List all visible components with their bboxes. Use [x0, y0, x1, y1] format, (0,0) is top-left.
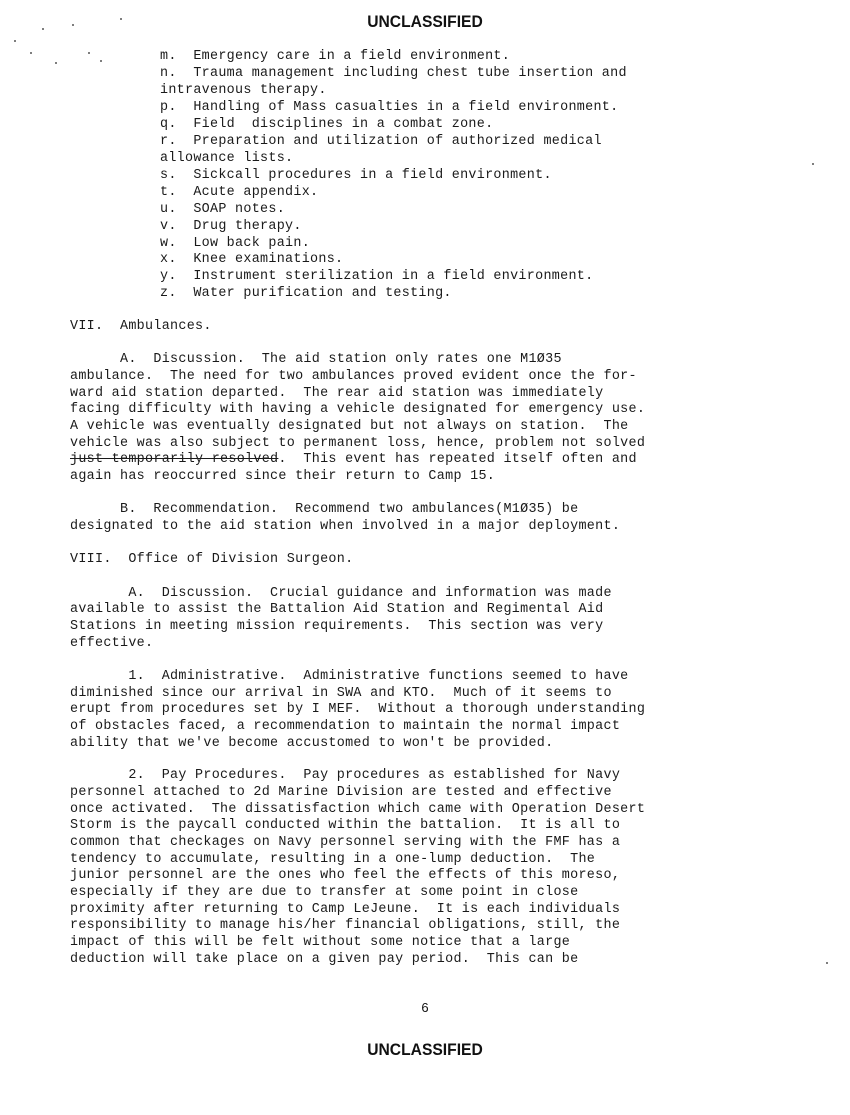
paragraph-line: deduction will take place on a given pay…	[70, 952, 578, 968]
paragraph-line: again has reoccurred since their return …	[70, 469, 495, 485]
paragraph-line: ward aid station departed. The rear aid …	[70, 386, 603, 402]
paragraph-line: responsibility to manage his/her financi…	[70, 918, 620, 934]
classification-footer: UNCLASSIFIED	[34, 1040, 816, 1060]
list-item: z. Water purification and testing.	[160, 286, 452, 302]
paragraph-line: ambulance. The need for two ambulances p…	[70, 369, 637, 385]
paragraph-line: junior personnel are the ones who feel t…	[70, 868, 620, 884]
list-item: v. Drug therapy.	[160, 219, 302, 235]
paragraph-line: once activated. The dissatisfaction whic…	[70, 802, 645, 818]
paragraph-line: B. Recommendation. Recommend two ambulan…	[70, 502, 578, 518]
list-item: t. Acute appendix.	[160, 185, 318, 201]
paragraph-line: effective.	[70, 636, 153, 652]
paragraph-line: common that checkages on Navy personnel …	[70, 835, 620, 851]
list-item: s. Sickcall procedures in a field enviro…	[160, 168, 552, 184]
list-item-continuation: allowance lists.	[160, 151, 293, 167]
list-item: x. Knee examinations.	[160, 252, 343, 268]
struck-text: just temporarily resolved	[70, 452, 278, 467]
paragraph-line: of obstacles faced, a recommendation to …	[70, 719, 620, 735]
paragraph-line: proximity after returning to Camp LeJeun…	[70, 902, 620, 918]
paragraph-line: personnel attached to 2d Marine Division…	[70, 785, 612, 801]
list-item: q. Field disciplines in a combat zone.	[160, 117, 493, 133]
list-item: r. Preparation and utilization of author…	[160, 134, 602, 150]
list-item: m. Emergency care in a field environment…	[160, 49, 510, 65]
paragraph-line: ability that we've become accustomed to …	[70, 736, 553, 752]
list-item: n. Trauma management including chest tub…	[160, 66, 627, 82]
paragraph-line: 2. Pay Procedures. Pay procedures as est…	[70, 768, 620, 784]
paragraph-line: available to assist the Battalion Aid St…	[70, 602, 603, 618]
paragraph-line: designated to the aid station when invol…	[70, 519, 620, 535]
list-item: y. Instrument sterilization in a field e…	[160, 269, 593, 285]
list-item-continuation: intravenous therapy.	[160, 83, 327, 99]
paragraph-line: A vehicle was eventually designated but …	[70, 419, 629, 435]
classification-header: UNCLASSIFIED	[34, 12, 816, 32]
paragraph-line: 1. Administrative. Administrative functi…	[70, 669, 629, 685]
paragraph-line: tendency to accumulate, resulting in a o…	[70, 852, 595, 868]
list-item: w. Low back pain.	[160, 236, 310, 252]
paragraph-line: diminished since our arrival in SWA and …	[70, 686, 612, 702]
paragraph-line: impact of this will be felt without some…	[70, 935, 570, 951]
section-heading-division-surgeon: VIII. Office of Division Surgeon.	[70, 552, 353, 568]
list-item: p. Handling of Mass casualties in a fiel…	[160, 100, 618, 116]
paragraph-line: A. Discussion. Crucial guidance and info…	[70, 586, 612, 602]
page-number: 6	[0, 1000, 850, 1015]
list-item: u. SOAP notes.	[160, 202, 285, 218]
paragraph-line: Storm is the paycall conducted within th…	[70, 818, 620, 834]
paragraph-line: vehicle was also subject to permanent lo…	[70, 436, 645, 452]
paragraph-line: erupt from procedures set by I MEF. With…	[70, 702, 645, 718]
paragraph-line: especially if they are due to transfer a…	[70, 885, 578, 901]
paragraph-line: just temporarily resolved. This event ha…	[70, 452, 637, 468]
paragraph-line: facing difficulty with having a vehicle …	[70, 402, 645, 418]
paragraph-line: Stations in meeting mission requirements…	[70, 619, 603, 635]
paragraph-line: A. Discussion. The aid station only rate…	[70, 352, 562, 368]
section-heading-ambulances: VII. Ambulances.	[70, 319, 212, 335]
